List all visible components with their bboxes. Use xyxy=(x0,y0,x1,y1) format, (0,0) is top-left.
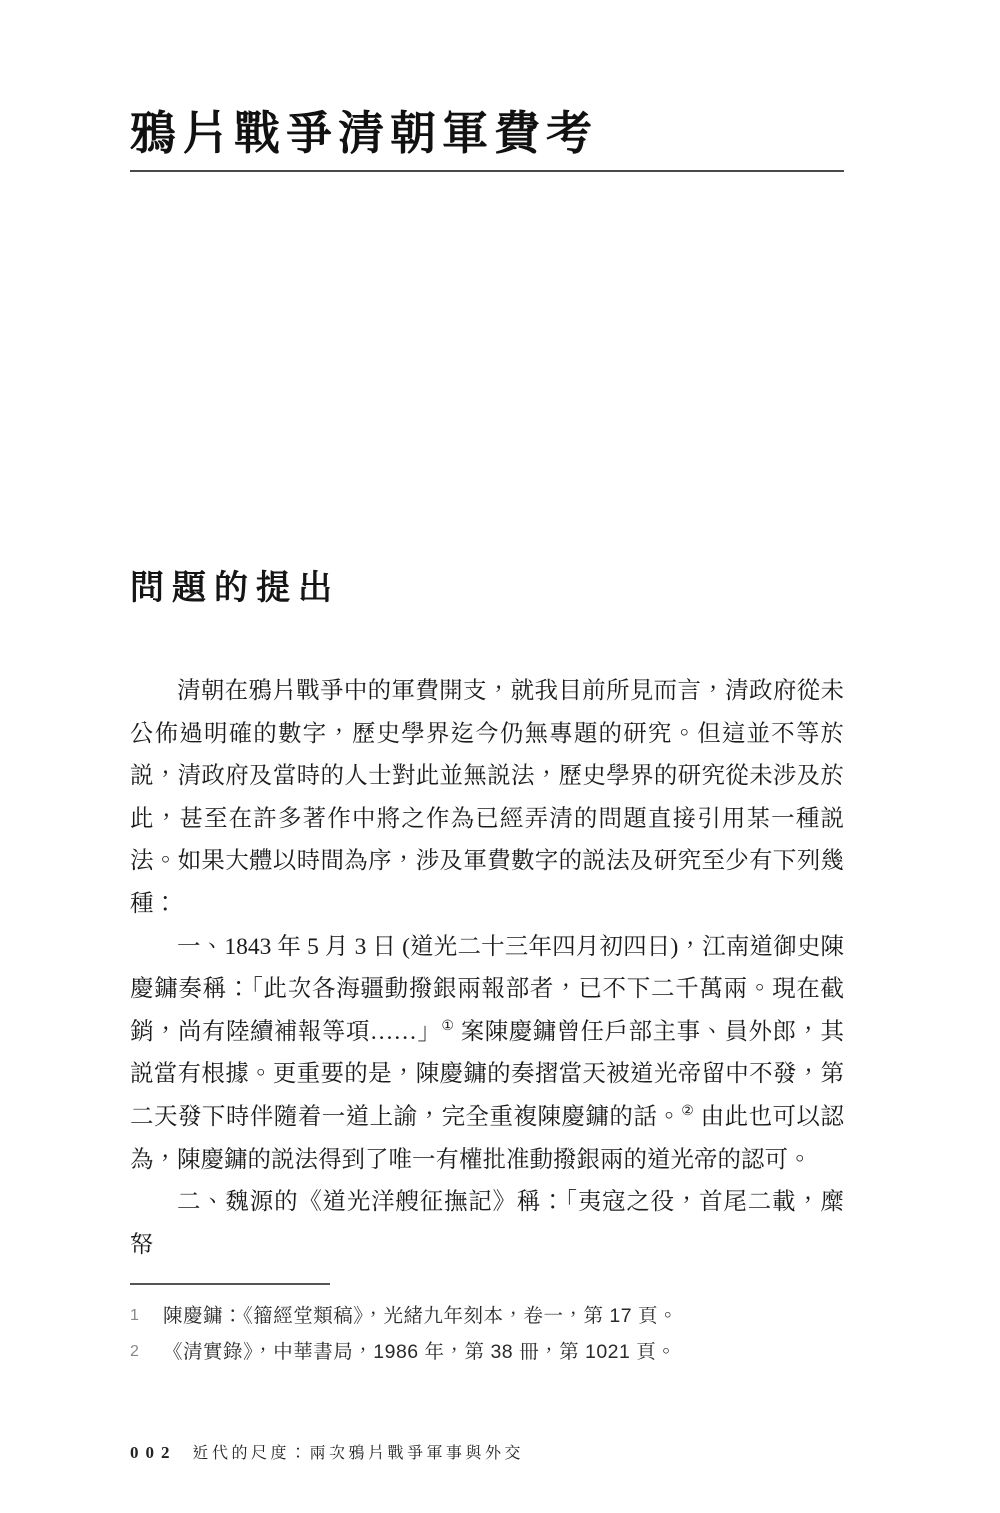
paragraph-2: 一、1843 年 5 月 3 日 (道光二十三年四月初四日)，江南道御史陳慶鏞奏… xyxy=(130,926,844,1182)
footnote-number: 2 xyxy=(130,1334,163,1370)
paragraph-1: 清朝在鴉片戰爭中的軍費開支，就我目前所見而言，清政府從未公佈過明確的數字，歷史學… xyxy=(130,670,844,926)
footnote-item-1: 1 陳慶鏞：《籀經堂類稿》，光緒九年刻本，卷一，第 17 頁。 xyxy=(130,1298,844,1334)
footnote-ref-2: ② xyxy=(681,1104,694,1119)
footnotes-section: 1 陳慶鏞：《籀經堂類稿》，光緒九年刻本，卷一，第 17 頁。 2 《清實錄》，… xyxy=(130,1283,844,1370)
footnote-ref-1: ① xyxy=(441,1019,454,1034)
title-rule xyxy=(130,170,844,172)
page-footer: 002近代的尺度：兩次鴉片戰爭軍事與外交 xyxy=(130,1440,524,1463)
chapter-header: 鴉片戰爭清朝軍費考 xyxy=(130,106,844,172)
body-text: 清朝在鴉片戰爭中的軍費開支，就我目前所見而言，清政府從未公佈過明確的數字，歷史學… xyxy=(130,670,844,1266)
chapter-title: 鴉片戰爭清朝軍費考 xyxy=(130,106,844,161)
paragraph-3: 二、魏源的《道光洋艘征撫記》稱：「夷寇之役，首尾二載，糜帑 xyxy=(130,1181,844,1266)
footnote-text: 《清實錄》，中華書局，1986 年，第 38 冊，第 1021 頁。 xyxy=(163,1334,844,1370)
book-page: 鴉片戰爭清朝軍費考 問題的提出 清朝在鴉片戰爭中的軍費開支，就我目前所見而言，清… xyxy=(0,0,1000,1513)
section-heading: 問題的提出 xyxy=(130,560,340,609)
footnote-text: 陳慶鏞：《籀經堂類稿》，光緒九年刻本，卷一，第 17 頁。 xyxy=(163,1298,844,1334)
footnote-rule xyxy=(130,1283,330,1285)
footnote-item-2: 2 《清實錄》，中華書局，1986 年，第 38 冊，第 1021 頁。 xyxy=(130,1334,844,1370)
running-title: 近代的尺度：兩次鴉片戰爭軍事與外交 xyxy=(193,1445,525,1462)
page-number: 002 xyxy=(130,1443,177,1462)
footnote-number: 1 xyxy=(130,1298,163,1334)
